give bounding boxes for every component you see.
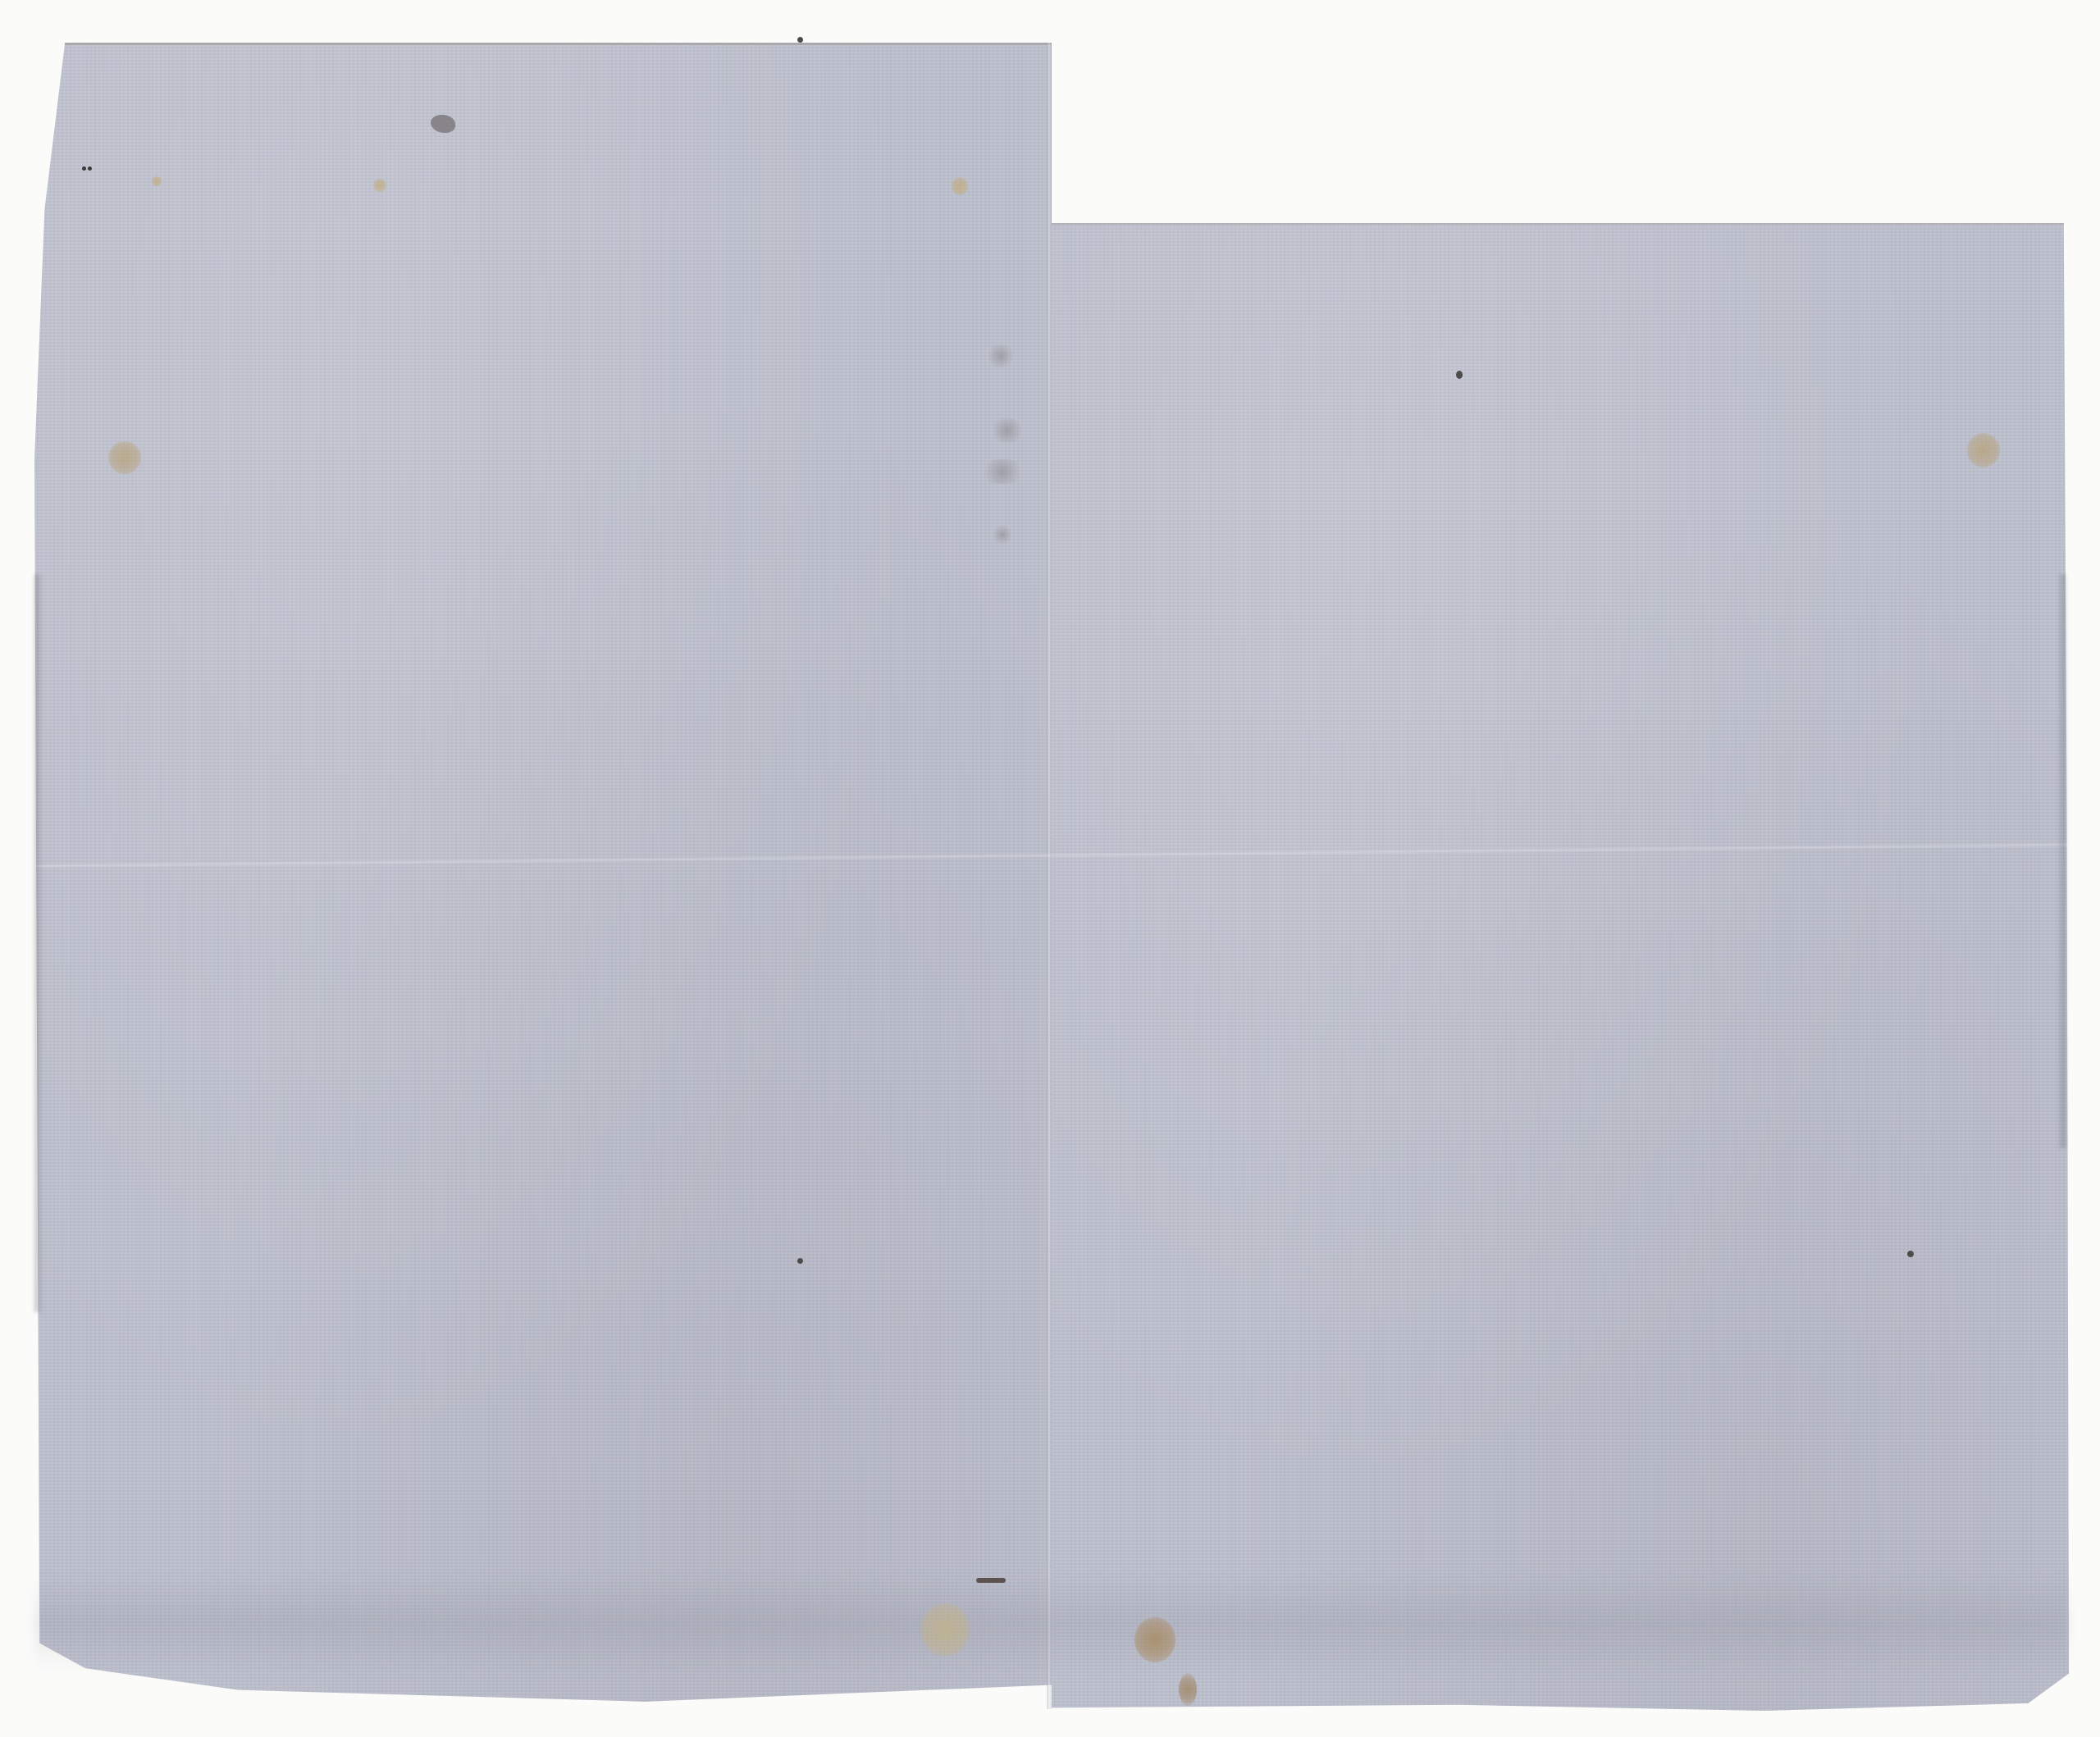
dot-mark — [976, 1578, 1006, 1583]
scanned-document — [0, 0, 2100, 1737]
dot-mark — [82, 166, 86, 171]
stain-mark — [152, 176, 162, 186]
dot-mark — [797, 1258, 803, 1264]
dot-mark — [88, 166, 92, 171]
right-paper-sheet — [1052, 223, 2069, 1711]
sheet-seam — [1047, 43, 1052, 1709]
stain-mark — [920, 1603, 970, 1656]
offset-mark — [993, 418, 1022, 443]
stain-mark — [1179, 1673, 1197, 1706]
offset-mark — [988, 344, 1013, 367]
bottom-crease — [34, 1575, 2069, 1673]
stain-mark — [1134, 1617, 1176, 1662]
dot-mark — [1456, 371, 1463, 379]
dot-mark — [797, 37, 803, 43]
offset-mark — [983, 459, 1022, 484]
stain-mark — [373, 179, 386, 192]
left-paper-sheet — [34, 43, 1052, 1710]
stain-mark — [108, 441, 141, 474]
right-edge-shadow — [2057, 574, 2066, 1148]
dot-mark — [1907, 1251, 1914, 1257]
stain-mark — [1967, 433, 2000, 467]
offset-mark — [994, 525, 1011, 545]
stain-mark — [952, 177, 968, 195]
left-edge-shadow — [34, 574, 43, 1312]
